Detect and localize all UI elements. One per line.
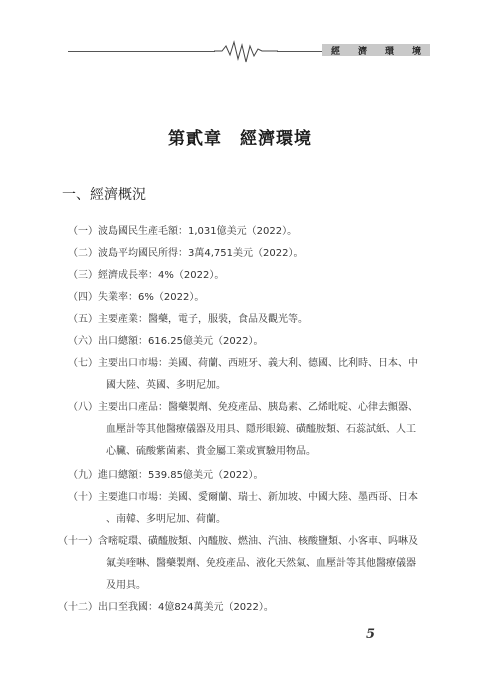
list-item-continuation: 、南韓、多明尼加、荷蘭。 — [106, 510, 226, 525]
section-title: 一、經濟概況 — [62, 184, 146, 204]
running-title-band: 經 濟 環 境 — [322, 44, 430, 56]
list-item: （七）主要出口市場：美國、荷蘭、西班牙、義大利、德國、比利時、日本、中 — [68, 354, 418, 369]
zigzag-wave-icon — [214, 40, 278, 64]
page-number: 5 — [366, 627, 375, 642]
list-item: （八）主要出口產品：醫藥製劑、免疫產品、胰島素、乙烯吡啶、心律去顫器、 — [68, 398, 418, 413]
list-item: （十）主要進口市場：美國、愛爾蘭、瑞士、新加坡、中國大陸、墨西哥、日本 — [68, 488, 418, 503]
header-rule-mid — [277, 51, 323, 52]
list-item-continuation: 國大陸、英國、多明尼加。 — [106, 376, 226, 391]
chapter-name: 經濟環境 — [240, 129, 312, 149]
list-item: （二）波島平均國民所得：3萬4,751美元（2022）。 — [68, 244, 303, 259]
list-item-continuation: 血壓計等其他醫療儀器及用具、隱形眼鏡、磺醯胺類、石蕊試紙、人工 — [106, 420, 416, 435]
list-item-continuation: 及用具。 — [106, 576, 146, 591]
list-item-continuation: 心臟、硫酸紫菌素、貴金屬工業或實驗用物品。 — [106, 442, 316, 457]
list-item: （五）主要產業：醫藥，電子，服裝，食品及觀光等。 — [68, 310, 308, 325]
list-item: （四）失業率：6%（2022）。 — [68, 288, 204, 303]
running-title-char: 環 — [385, 44, 394, 57]
list-item: （十二）出口至我國：4億824萬美元（2022）。 — [58, 598, 274, 613]
list-item-continuation: 氟美喹啉、醫藥製劑、免疫產品、液化天然氣、血壓計等其他醫療儀器 — [106, 554, 416, 569]
running-title-char: 經 — [331, 44, 340, 57]
chapter-number: 第貳章 — [168, 129, 222, 149]
list-item: （十一）含嘧啶環、磺醯胺類、內醯胺、燃油、汽油、核酸鹽類、小客車、吗啉及 — [58, 532, 418, 547]
running-header: 經 濟 環 境 — [68, 40, 416, 68]
header-rule-left — [68, 51, 215, 52]
list-item: （三）經濟成長率：4%（2022）。 — [68, 266, 224, 281]
list-item: （六）出口總額：616.25億美元（2022）。 — [68, 332, 263, 347]
running-title-char: 境 — [412, 44, 421, 57]
list-item: （一）波島國民生產毛額：1,031億美元（2022）。 — [68, 222, 297, 237]
running-title-char: 濟 — [358, 44, 367, 57]
chapter-title: 第貳章經濟環境 — [0, 124, 480, 149]
list-item: （九）進口總額：539.85億美元（2022）。 — [68, 466, 263, 481]
